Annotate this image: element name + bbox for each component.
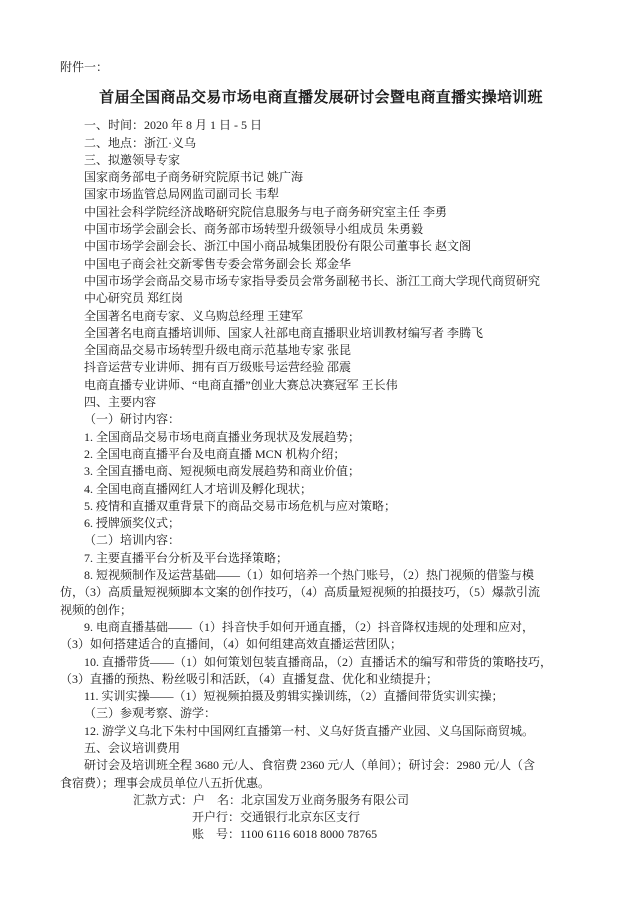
document-line: （3）直播的预热、粉丝吸引和活跃，（4）直播复盘、优化和业绩提升； (60, 671, 582, 688)
document-line: 研讨会及培训班全程 3680 元/人、食宿费 2360 元/人（单间）；研讨会：… (84, 757, 582, 774)
document-line: 仿，（3）高质量短视频脚本文案的创作技巧，（4）高质量短视频的拍摄技巧，（5）爆… (60, 584, 582, 601)
document-line: 视频的创作； (60, 602, 582, 619)
document-line: 账 号：1100 6116 6018 8000 78765 (192, 826, 582, 843)
document-line: 11. 实训实操——（1）短视频拍摄及剪辑实操训练，（2）直播间带货实训实操； (84, 688, 582, 705)
document-line: 三、拟邀领导专家 (84, 152, 582, 169)
document-line: （二）培训内容： (84, 532, 582, 549)
document-title: 首届全国商品交易市场电商直播发展研讨会暨电商直播实操培训班 (60, 88, 582, 109)
document-line: 国家商务部电子商务研究院原书记 姚广海 (84, 169, 582, 186)
document-line: 3. 全国直播电商、短视频电商发展趋势和商业价值； (84, 463, 582, 480)
document-line: 中国电子商会社交新零售专委会常务副会长 郑金华 (84, 256, 582, 273)
document-line: 全国著名电商专家、义乌购总经理 王建军 (84, 308, 582, 325)
document-line: 四、主要内容 (84, 394, 582, 411)
document-line: 国家市场监管总局网监司副司长 韦犁 (84, 186, 582, 203)
document-line: 5. 疫情和直播双重背景下的商品交易市场危机与应对策略； (84, 498, 582, 515)
document-line: 电商直播专业讲师、“电商直播”创业大赛总决赛冠军 王长伟 (84, 377, 582, 394)
document-line: 抖音运营专业讲师、拥有百万级账号运营经验 邵震 (84, 359, 582, 376)
document-line: 4. 全国电商直播网红人才培训及孵化现状； (84, 481, 582, 498)
document-line: 五、会议培训费用 (84, 740, 582, 757)
document-line: 中心研究员 郑红岗 (84, 290, 582, 307)
document-line: 2. 全国电商直播平台及电商直播 MCN 机构介绍； (84, 446, 582, 463)
document-line: 10. 直播带货——（1）如何策划包装直播商品，（2）直播话术的编写和带货的策略… (84, 654, 582, 671)
document-line: （3）如何搭建适合的直播间，（4）如何组建高效直播运营团队； (60, 636, 582, 653)
document-line: 全国商品交易市场转型升级电商示范基地专家 张昆 (84, 342, 582, 359)
document-line: 1. 全国商品交易市场电商直播业务现状及发展趋势； (84, 429, 582, 446)
document-line: 一、时间：2020 年 8 月 1 日 - 5 日 (84, 117, 582, 134)
attachment-label: 附件一： (60, 59, 582, 76)
document-line: 食宿费）；理事会成员单位八五折优惠。 (60, 775, 582, 792)
document-line: 8. 短视频制作及运营基础——（1）如何培养一个热门账号，（2）热门视频的借鉴与… (84, 567, 582, 584)
document-line: 7. 主要直播平台分析及平台选择策略； (84, 550, 582, 567)
document-line: （一）研讨内容： (84, 411, 582, 428)
document-line: 9. 电商直播基础——（1）抖音快手如何开通直播，（2）抖音降权违规的处理和应对… (84, 619, 582, 636)
document-line: 汇款方式：户 名：北京国发万业商务服务有限公司 (133, 792, 582, 809)
document-line: 中国市场学会副会长、浙江中国小商品城集团股份有限公司董事长 赵文阁 (84, 238, 582, 255)
document-page: 附件一： 首届全国商品交易市场电商直播发展研讨会暨电商直播实操培训班 一、时间：… (0, 0, 640, 905)
document-line: 中国市场学会商品交易市场专家指导委员会常务副秘书长、浙江工商大学现代商贸研究 (84, 273, 582, 290)
document-line: 二、地点：浙江·义乌 (84, 135, 582, 152)
document-line: 中国市场学会副会长、商务部市场转型升级领导小组成员 朱勇毅 (84, 221, 582, 238)
document-body: 一、时间：2020 年 8 月 1 日 - 5 日二、地点：浙江·义乌三、拟邀领… (60, 117, 582, 843)
document-line: 开户行：交通银行北京东区支行 (192, 809, 582, 826)
document-line: 6. 授牌颁奖仪式； (84, 515, 582, 532)
document-line: 全国著名电商直播培训师、国家人社部电商直播职业培训教材编写者 李腾飞 (84, 325, 582, 342)
document-line: 中国社会科学院经济战略研究院信息服务与电子商务研究室主任 李勇 (84, 204, 582, 221)
document-line: （三）参观考察、游学： (84, 705, 582, 722)
document-line: 12. 游学义乌北下朱村中国网红直播第一村、义乌好货直播产业园、义乌国际商贸城。 (84, 723, 582, 740)
